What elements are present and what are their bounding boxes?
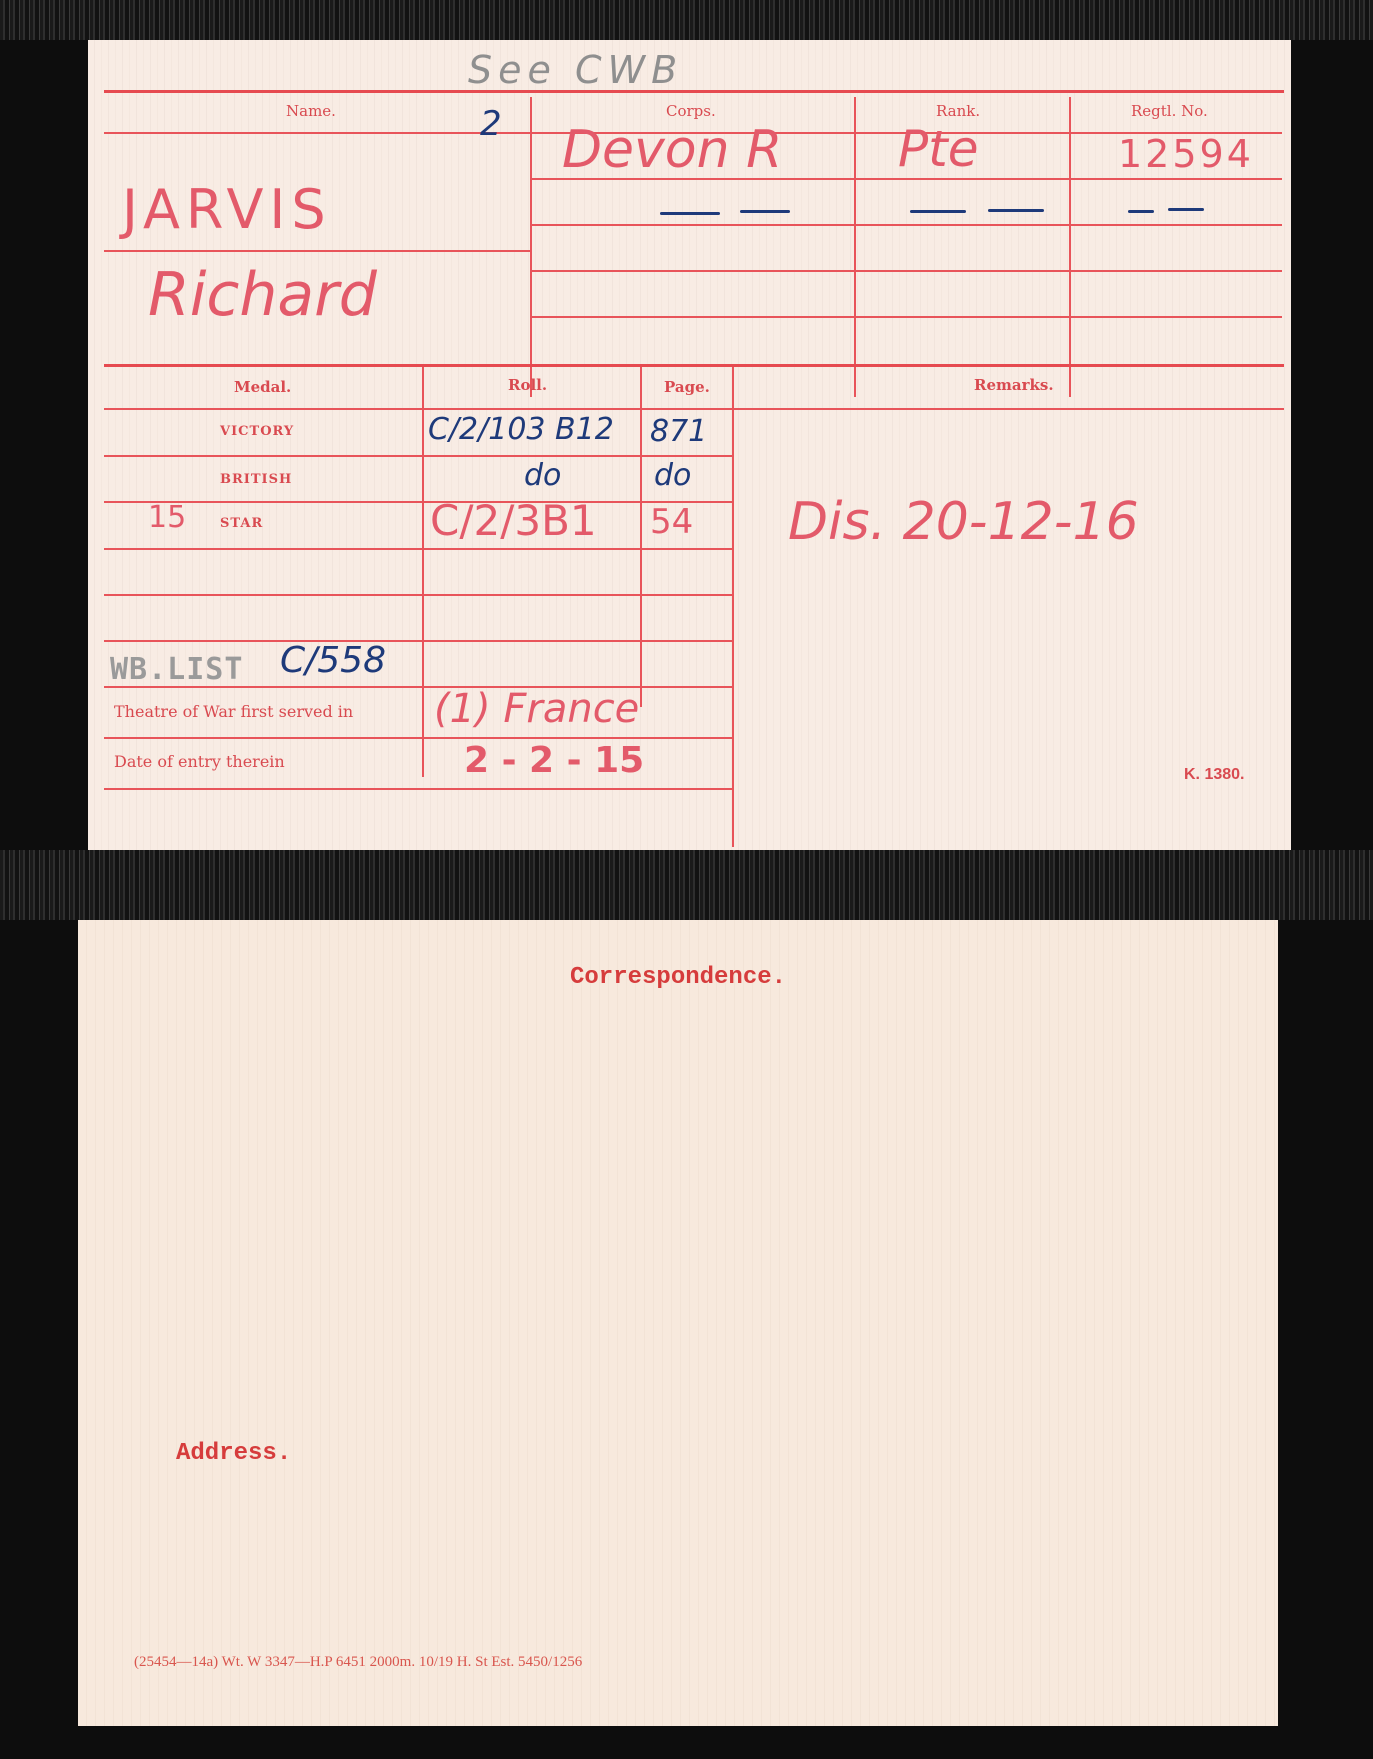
address-label: Address. [176,1440,291,1467]
medal-section-rule [104,364,1284,367]
divider-corps-rank [854,97,856,397]
remarks-header: Remarks. [974,376,1054,394]
form-number: K. 1380. [1184,766,1244,784]
british-roll: do [524,458,561,493]
medal-index-card-front: See CWB Name. Corps. Rank. Regtl. No. 2 … [88,40,1291,850]
victory-page: 871 [650,414,707,449]
rule-medal-2 [104,455,732,457]
rank-value: Pte [898,120,979,178]
scan-border-top [0,0,1373,40]
star-prefix: 15 [148,500,186,535]
wb-list-ref: C/558 [280,640,386,681]
rule-medal-4 [104,548,732,550]
star-page: 54 [650,502,693,542]
printer-line: (25454—14a) Wt. W 3347—H.P 6451 2000m. 1… [134,1654,582,1671]
surname: JARVIS [122,178,332,241]
theatre-value: (1) France [434,686,639,732]
regtl-no-value: 12594 [1118,132,1254,176]
rule-upper-5 [532,316,1282,318]
page-header: Page. [664,378,710,396]
rank-header: Rank. [936,102,980,120]
theatre-label: Theatre of War first served in [114,702,353,721]
corps-ditto-dash-2 [740,210,790,213]
top-rule [104,90,1284,93]
british-page: do [654,458,691,493]
name-header: Name. [286,102,336,120]
roll-header: Roll. [508,376,547,394]
corps-value: Devon R [562,120,782,180]
correspondence-heading: Correspondence. [570,964,786,991]
corps-header: Corps. [666,102,716,120]
divider-rank-regtl [1069,97,1071,397]
rule-medal-8 [104,737,732,739]
regtl-ditto-dash-2 [1168,208,1204,211]
divider-roll-page [640,367,642,707]
medal-british-label: BRITISH [220,472,292,487]
forename: Richard [148,260,377,330]
medal-header: Medal. [234,378,291,396]
star-roll: C/2/3B1 [430,496,597,545]
divider-medal-roll [422,367,424,777]
rule-medal-5 [104,594,732,596]
divider-page-remarks [732,367,734,847]
battalion-prefix: 2 [480,104,502,144]
rule-upper-3b [532,224,1282,226]
victory-roll: C/2/103 B12 [428,412,614,447]
medal-victory-label: VICTORY [220,424,294,439]
wb-list-stamp: WB.LIST [110,652,243,687]
date-entry-label: Date of entry therein [114,752,285,771]
rule-upper-3 [104,250,530,252]
pencil-note: See CWB [468,48,683,92]
rank-ditto-dash [910,210,966,213]
regtl-ditto-dash [1128,210,1154,213]
rule-medal-9 [104,788,732,790]
rule-medal-3 [104,501,732,503]
divider-name-corps [530,97,532,397]
date-entry-value: 2 - 2 - 15 [464,740,644,781]
remarks-value: Dis. 20-12-16 [788,492,1139,552]
regtl-no-header: Regtl. No. [1131,102,1208,120]
rule-upper-4 [532,270,1282,272]
rank-ditto-dash-2 [988,209,1044,212]
corps-ditto-dash [660,212,720,215]
rule-medal-1 [104,408,1284,410]
rule-upper-1 [104,132,530,134]
rule-medal-6 [104,640,732,642]
medal-star-label: STAR [220,516,263,531]
scan-border-middle [0,850,1373,920]
medal-index-card-back: Correspondence. Address. (25454—14a) Wt.… [78,920,1278,1726]
